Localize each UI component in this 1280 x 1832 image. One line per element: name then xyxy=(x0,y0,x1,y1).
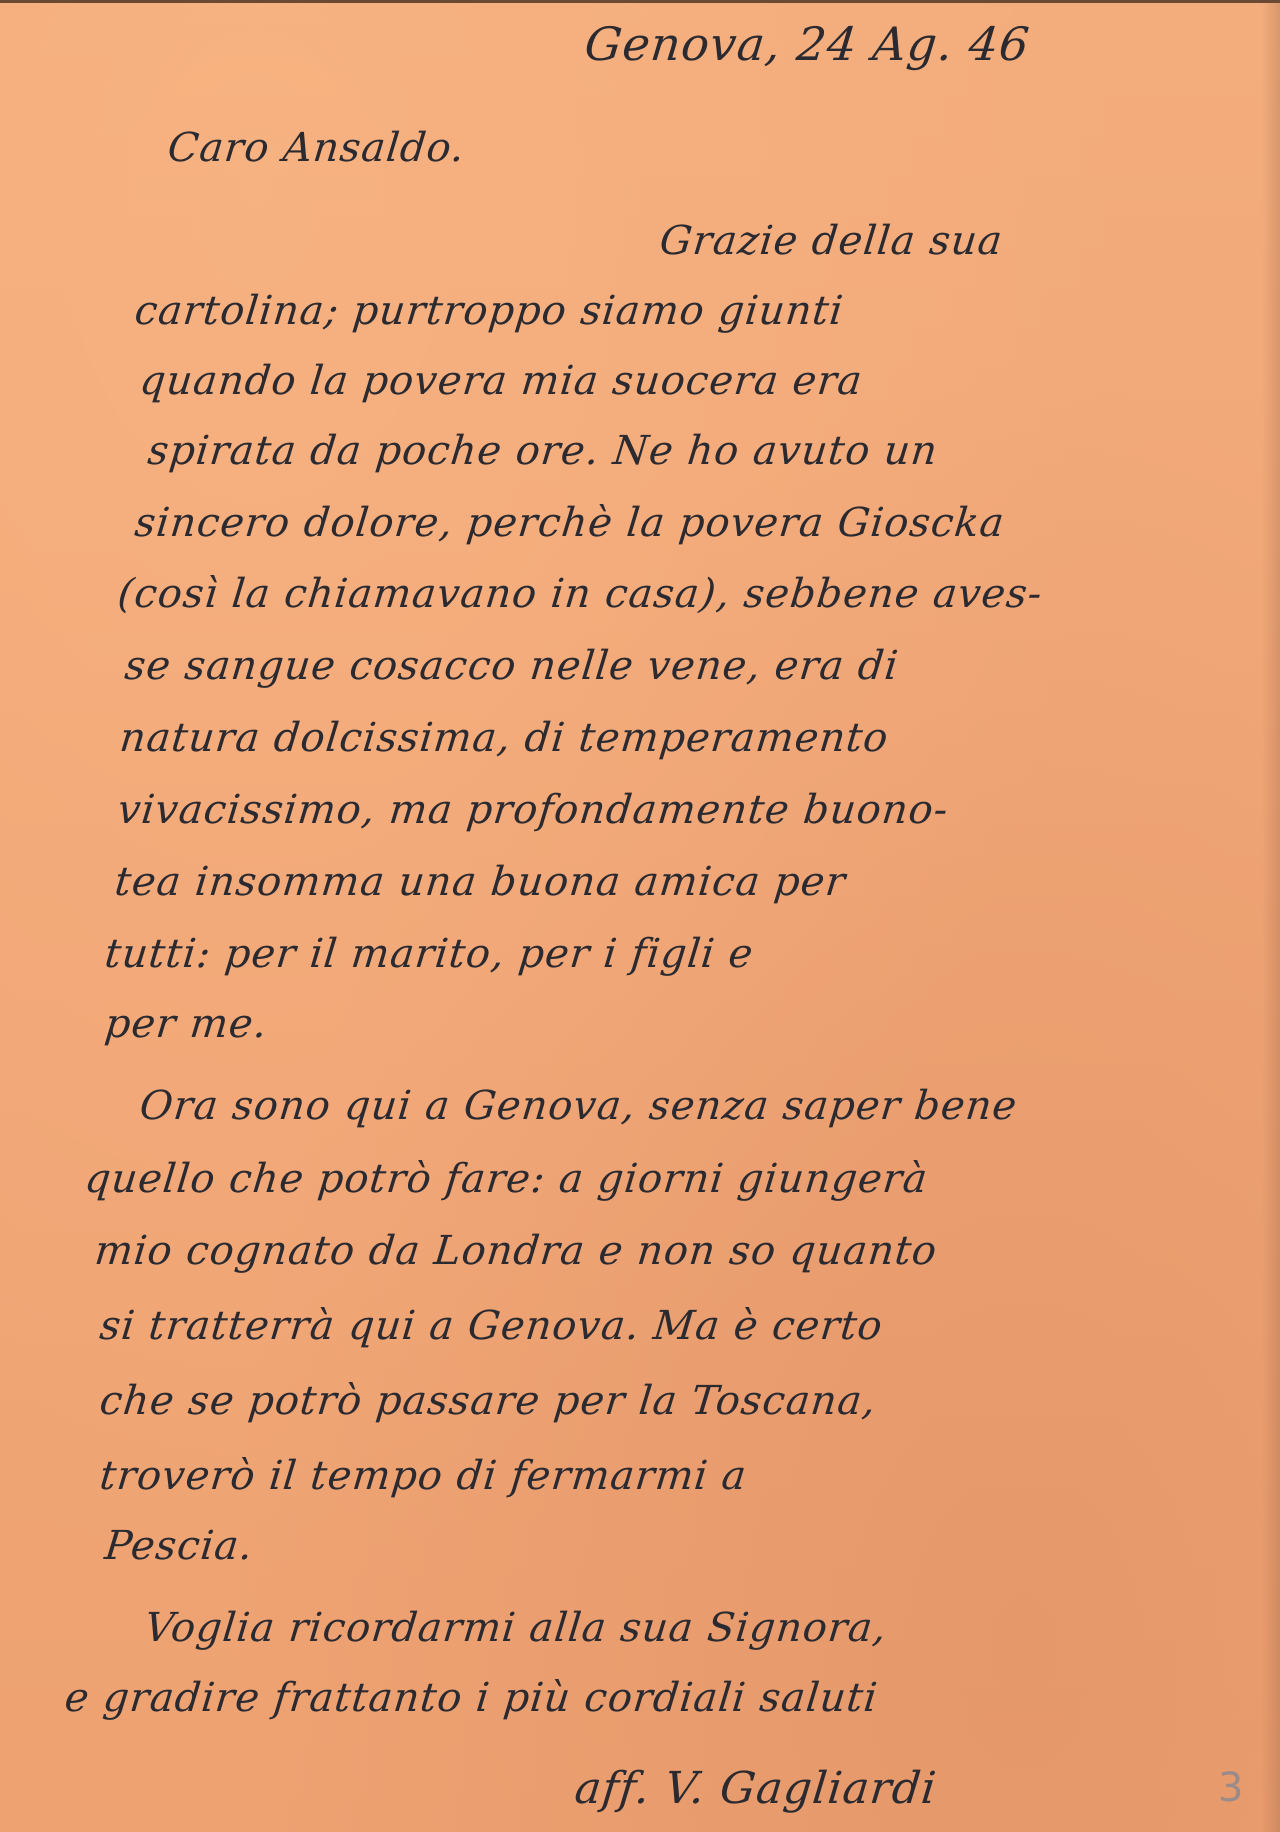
body-line: spirata da poche ore. Ne ho avuto un xyxy=(146,428,941,474)
body-line: e gradire frattanto i più cordiali salut… xyxy=(63,1675,880,1721)
salutation: Caro Ansaldo. xyxy=(166,125,468,171)
body-line: Ora sono qui a Genova, senza saper bene xyxy=(138,1083,1020,1129)
body-line: quello che potrò fare: a giorni giungerà xyxy=(83,1156,931,1202)
body-line: tutti: per il marito, per i figli e xyxy=(103,931,756,977)
body-line: se sangue cosacco nelle vene, era di xyxy=(123,643,901,689)
postcard: Genova, 24 Ag. 46 Caro Ansaldo. Grazie d… xyxy=(0,0,1280,1832)
body-line: mio cognato da Londra e non so quanto xyxy=(93,1228,940,1274)
body-line: Voglia ricordarmi alla sua Signora, xyxy=(143,1605,890,1651)
body-line: vivacissimo, ma profondamente buono- xyxy=(116,787,951,833)
signature: aff. V. Gagliardi xyxy=(572,1763,939,1814)
archive-number: 3 xyxy=(1218,1765,1243,1811)
body-line: per me. xyxy=(103,1001,270,1047)
body-line: che se potrò passare per la Toscana, xyxy=(98,1378,879,1424)
body-line: si tratterrà qui a Genova. Ma è certo xyxy=(98,1303,886,1349)
body-line: sincero dolore, perchè la povera Gioscka xyxy=(133,500,1007,546)
body-line: troverò il tempo di fermarmi a xyxy=(98,1453,750,1499)
body-line: tea insomma una buona amica per xyxy=(113,859,849,905)
body-line: quando la povera mia suocera era xyxy=(138,358,865,404)
date-line: Genova, 24 Ag. 46 xyxy=(582,17,1032,71)
body-line: Pescia. xyxy=(103,1523,256,1569)
body-line: (così la chiamavano in casa), sebbene av… xyxy=(116,571,1045,617)
body-line: cartolina; purtroppo siamo giunti xyxy=(133,288,846,334)
body-line: natura dolcissima, di temperamento xyxy=(118,715,891,761)
body-line: Grazie della sua xyxy=(658,218,1006,264)
